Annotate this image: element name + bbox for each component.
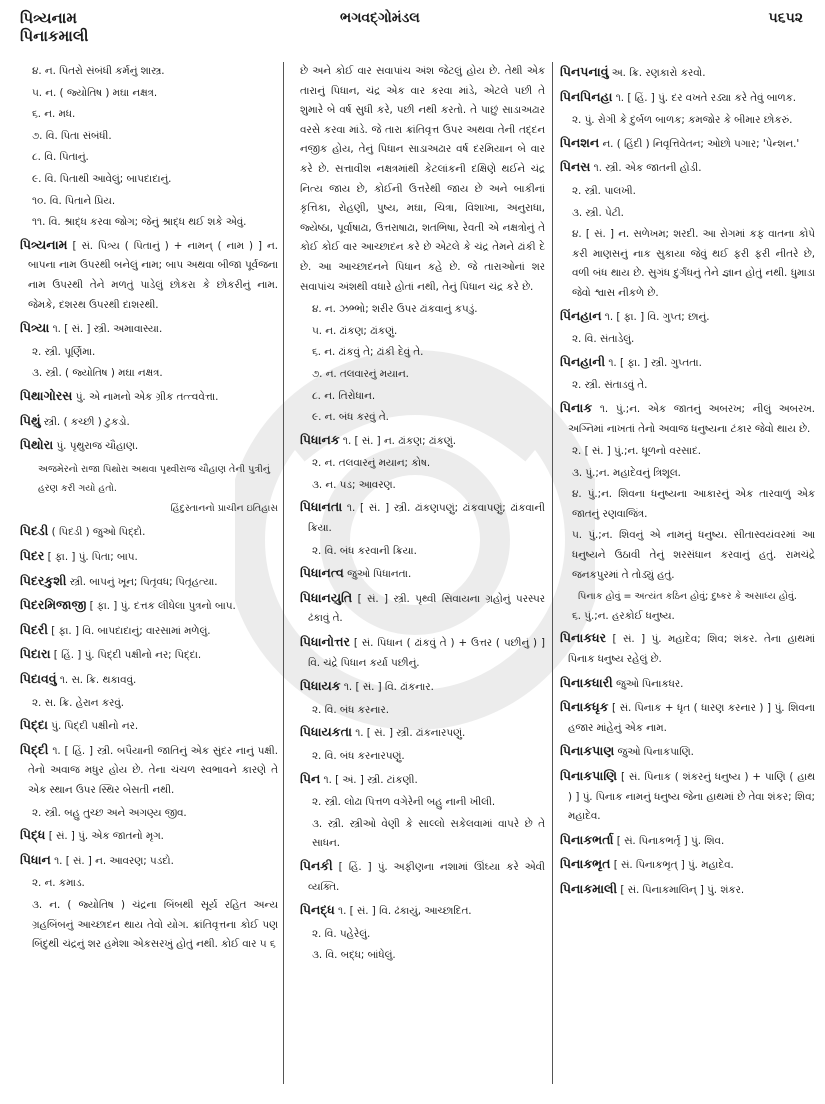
definition-text: પું. એ નામનો એક ગ્રીક તત્ત્વવેત્તા. [72, 391, 218, 403]
headword: પિદરી [20, 622, 48, 637]
sense-definition: ૩. વિ. બદ્ધ; બાંધેલું. [300, 946, 545, 966]
sense-definition: ૫. ન. ( જ્યોતિષ ) મઘા નક્ષત્ર. [20, 84, 278, 104]
sense-definition: ૯. વિ. પિતાથી આવેલું; બાપદાદાનું. [20, 170, 278, 190]
sense-definition: ૧૦. વિ. પિતાને પ્રિય. [20, 192, 278, 212]
sense-definition: ૩. સ્ત્રી. પેટી. [560, 204, 815, 224]
sense-definition: ૮. ન. તિરોધાન. [300, 387, 545, 407]
sense-definition: ૩. પું.;ન. મહાદેવનું ત્રિશૂલ. [560, 464, 815, 484]
dictionary-entry: પિથાગોરસ પું. એ નામનો એક ગ્રીક તત્ત્વવેત… [20, 386, 278, 408]
dictionary-entry: પિનાકમાલી [ સં. પિનાકમાલિન્ ] પું. શંકર. [560, 879, 815, 901]
dictionary-entry: પિનાકધૃક [ સં. પિનાક + ધૃત ( ધારણ કરનાર … [560, 697, 815, 738]
dictionary-entry: પિત્ર્યા ૧. [ સં. ] સ્ત્રી. અમાવાસ્યા. [20, 318, 278, 340]
sense-definition: ૪. ન. ઝભ્ભો; શરીર ઉપર ઢાંકવાનું કપડું. [300, 300, 545, 320]
dictionary-entry: પિંનહાન ૧. [ ફા. ] વિ. ગુપ્ત; છાનું. [560, 306, 815, 328]
headword: પિન [300, 771, 320, 786]
dictionary-entry: પિધાનક ૧. [ સં. ] ન. ઢાંકણ; ઢાંકણું. [300, 430, 545, 452]
definition-text: ૧. પું.;ન. એક જાતનું અબરખ; નીલું અબરખ. અ… [568, 403, 815, 435]
definition-text: [ સં. ] પું. એક જાતનો મૃગ. [45, 830, 164, 842]
headword: પિધાયકતા [300, 724, 352, 739]
sense-definition: ૭. વિ. પિતા સંબંધી. [20, 127, 278, 147]
sense-definition: ૬. ન. મધ. [20, 105, 278, 125]
dictionary-entry: પિદ્દી ૧. [ હિં. ] સ્ત્રી. બપૈયાની જાતિન… [20, 740, 278, 801]
sense-definition: ૨. [ સં. ] પું.;ન. ધૂળનો વરસાદ. [560, 442, 815, 462]
definition-text: જુઓ પિનાકપાણિ. [614, 746, 694, 758]
sense-definition: ૨. વિ. સંતાડેલું. [560, 330, 815, 350]
sense-definition: ૩. સ્ત્રી. ( જ્યોતિષ ) મઘા નક્ષત્ર. [20, 364, 278, 384]
sense-definition: ૨. સ્ત્રી. સંતાડવું તે. [560, 376, 815, 396]
column-2: છે અને કોઈ વાર સવાપાંચ અંશ જેટલું હોય છે… [300, 62, 545, 968]
definition-text: ૧. [ સં. ] વિ. ઢંકાયું, આચ્છાદિત. [335, 905, 472, 917]
sense-definition: ૧૧. વિ. શ્રાદ્ધ કરવા જોગ; જેનું શ્રાદ્ધ … [20, 213, 278, 233]
definition-text: [ સં. પિનાકભૃત્ ] પું. મહાદેવ. [610, 859, 733, 871]
headword: પિદ્દા [20, 717, 48, 732]
headword: પિનાકધર [560, 630, 606, 645]
headword: પિધાનક [300, 432, 340, 447]
sense-definition: ૨. સ્ત્રી. પૂર્ણિમા. [20, 343, 278, 363]
definition-text: ૧. સ્ત્રી. એક જાતની હોડી. [590, 162, 701, 174]
headword: પિધાનતા [300, 499, 342, 514]
dictionary-entry: પિત્ર્યનામ [ સં. પિત્ર્ય ( પિતાનું ) + ન… [20, 235, 278, 315]
headword: પિદડી [20, 523, 48, 538]
headword: પિનહાની [560, 354, 605, 369]
headword: પિથું [20, 413, 41, 428]
headword: પિદ્ધ [20, 827, 45, 842]
sense-definition: ૩. સ્ત્રી. સ્ત્રીઓ વેણી કે સાલ્લો સકેલવા… [300, 815, 545, 854]
sense-definition: ૨. સ્ત્રી. પાલખી. [560, 182, 815, 202]
dictionary-entry: પિધાનોત્તર [ સં. પિધાન ( ઢાંકવું તે ) + … [300, 632, 545, 673]
dictionary-entry: પિનાક ૧. પું.;ન. એક જાતનું અબરખ; નીલું અ… [560, 398, 815, 439]
headword: પિદર [20, 548, 44, 563]
sense-definition: ૫. ન. ઢાંકણ; ઢાંકણું. [300, 322, 545, 342]
dictionary-entry: પિનપિનહા ૧. [ હિં. ] પું. દર વખતે રડ્યા … [560, 87, 815, 109]
definition-text: [ હિં. ] પું. પિદ્દી પક્ષીનો નર; પિદ્દા. [51, 649, 202, 661]
definition-text: પું. પિદ્દી પક્ષીનો નર. [48, 720, 138, 732]
dictionary-entry: પિદ્દા પું. પિદ્દી પક્ષીનો નર. [20, 715, 278, 737]
usage-quote: પિનાક હોવું = અત્યંત કઠિન હોવું; દુષ્કર … [560, 587, 815, 607]
page-header: પિત્ર્યનામ પિનાકમાલી ભગવદ્ગોમંડલ ૫૬૫૨ [0, 0, 825, 60]
dictionary-entry: પિધાનતા ૧. [ સં. ] સ્ત્રી. ઢાંકણપણું; ઢા… [300, 497, 545, 538]
dictionary-entry: પિદરકુશી સ્ત્રી. બાપનું ખૂન; પિતૃવધ; પિત… [20, 571, 278, 593]
headword: પિત્ર્યા [20, 320, 49, 335]
column-divider [552, 62, 553, 1084]
dictionary-entry: પિદરી [ ફા. ] વિ. બાપદાદાનું; વારસામાં મ… [20, 620, 278, 642]
headword: પિદરકુશી [20, 573, 66, 588]
definition-text: [ સં. ] પું. મહાદેવ; શિવ; શંકર. તેના હાથ… [568, 633, 815, 665]
sense-definition: ૪. [ સં. ] ન. સળેખમ; શરદી. આ રોગમાં કફ વ… [560, 225, 815, 303]
dictionary-entry: પિન ૧. [ અં. ] સ્ત્રી. ટાંકણી. [300, 769, 545, 791]
dictionary-entry: પિનશન ન. ( હિંદી ) નિવૃત્તિવેતન; ઓછો પગા… [560, 133, 815, 155]
sense-definition: ૨. વિ. બંધ કરનાર. [300, 701, 545, 721]
sense-definition: ૨. સ. ક્રિ. હેરાન કરવું. [20, 694, 278, 714]
headword: પિનાકપાણ [560, 743, 614, 758]
sense-definition: ૨. સ્ત્રી. બહુ તુચ્છ અને અગણ્ય જીવ. [20, 804, 278, 824]
headword: પિથાગોરસ [20, 388, 72, 403]
column-divider [283, 62, 284, 1084]
headword: પિનદ્ધ [300, 902, 335, 917]
quote-source: હિંદુસ્તાનનો પ્રાચીન ઇતિહાસ [20, 499, 278, 519]
sense-definition: ૮. વિ. પિતાનું. [20, 148, 278, 168]
dictionary-entry: પિદ્ધ [ સં. ] પું. એક જાતનો મૃગ. [20, 825, 278, 847]
definition-text: ૧. [ ફા. ] વિ. ગુપ્ત; છાનું. [602, 311, 710, 323]
headword: પિનાક [560, 400, 592, 415]
sense-definition: ૩. ન. પડ; આવરણ. [300, 476, 545, 496]
sense-definition: ૬. ન. ઢાંકવું તે; ઢાંકી દેવું તે. [300, 343, 545, 363]
headword: પિધાનત્વ [300, 565, 344, 580]
sense-definition: ૩. ન. ( જ્યોતિષ ) ચંદ્રના બિંબથી સૂર્ય ર… [20, 896, 278, 955]
headword: પિદાવવું [20, 671, 57, 686]
definition-text: ૧. [ સં. ] સ્ત્રી. અમાવાસ્યા. [49, 323, 162, 335]
headword: પિનકી [300, 858, 333, 873]
headword: પિનાકધૃક [560, 699, 608, 714]
dictionary-entry: પિથું સ્ત્રી. ( કચ્છી ) ટુકડો. [20, 411, 278, 433]
definition-text: [ ફા. ] પું. પિતા; બાપ. [44, 551, 137, 563]
dictionary-entry: પિનસ ૧. સ્ત્રી. એક જાતની હોડી. [560, 157, 815, 179]
definition-text: ૧. [ સં. ] ન. આવરણ; પડદો. [51, 855, 174, 867]
headword: પિનસ [560, 159, 590, 174]
definition-text: અ. ક્રિ. રણકારો કરવો. [609, 67, 706, 79]
headword: પિનાકપાણિ [560, 768, 617, 783]
dictionary-entry: પિનપનાવું અ. ક્રિ. રણકારો કરવો. [560, 62, 815, 84]
dictionary-entry: પિધાનયુતિ [ સં. ] સ્ત્રી. પૃથ્વી સિવાયના… [300, 588, 545, 629]
sense-definition: ૯. ન. બંધ કરવું તે. [300, 408, 545, 428]
sense-definition: ૭. ન. તલવારનું મયાન. [300, 365, 545, 385]
column-3: પિનપનાવું અ. ક્રિ. રણકારો કરવો.પિનપિનહા … [560, 62, 815, 904]
dictionary-entry: પિનાકભૃત [ સં. પિનાકભૃત્ ] પું. મહાદેવ. [560, 854, 815, 876]
headword: પિનાકભર્તા [560, 832, 614, 847]
definition-text: સ્ત્રી. ( કચ્છી ) ટુકડો. [41, 416, 130, 428]
dictionary-entry: પિદડી ( પિદડી ) જુઓ પિદ્દો. [20, 521, 278, 543]
guide-word-first: પિત્ર્યનામ [20, 10, 77, 27]
sense-definition: ૨. વિ. બંધ કરનારપણું. [300, 747, 545, 767]
sense-definition: ૨. પું. રોગી કે દુર્બળ બાળક; કમજોર કે બી… [560, 111, 815, 131]
definition-text: ૧. [ સં. ] સ્ત્રી. ઢાંકનારપણું. [352, 727, 465, 739]
definition-text: સ્ત્રી. બાપનું ખૂન; પિતૃવધ; પિતૃહત્યા. [66, 576, 217, 588]
definition-text: ૧. [ સં. ] ન. ઢાંકણ; ઢાંકણું. [340, 435, 456, 447]
headword: પિદરમિજાજી [20, 597, 86, 612]
headword: પિધાનોત્તર [300, 634, 350, 649]
headword: પિનાકમાલી [560, 881, 617, 896]
dictionary-entry: પિનાકભર્તા [ સં. પિનાકભર્તૃ ] પું. શિવ. [560, 830, 815, 852]
definition-text: ૧. [ સં. ] સ્ત્રી. ઢાંકણપણું; ઢાંકવાપણું… [308, 502, 545, 534]
sense-definition: ૨. વિ. બંધ કરવાની ક્રિયા. [300, 542, 545, 562]
sense-definition: ૨. વિ. પહેરેલું. [300, 925, 545, 945]
headword: પિદ્દી [20, 742, 49, 757]
column-1: ૪. ન. પિતરો સંબંધી કર્મનું શાસ્ત્ર.૫. ન.… [20, 62, 278, 957]
headword: પિધાયક [300, 678, 341, 693]
definition-text: [ ફા. ] વિ. બાપદાદાનું; વારસામાં મળેલું. [48, 625, 211, 637]
definition-text: ૧. [ અં. ] સ્ત્રી. ટાંકણી. [320, 774, 417, 786]
headword: પિધાન [20, 852, 51, 867]
dictionary-entry: પિધાનત્વ જુઓ પિધાનતા. [300, 563, 545, 585]
definition-text: ૧. [ ફા. ] સ્ત્રી. ગુપ્તતા. [605, 357, 702, 369]
definition-text: ન. ( હિંદી ) નિવૃત્તિવેતન; ઓછો પગાર; 'પે… [599, 138, 799, 150]
guide-word-last: પિનાકમાલી [20, 28, 88, 45]
sense-definition: ૬. પું.;ન. હરકોઈ ધનુષ્ય. [560, 607, 815, 627]
definition-text: ૧. સ. ક્રિ. થકાવવું. [57, 674, 137, 686]
dictionary-entry: પિદરમિજાજી [ ફા. ] પું. દત્તક લીધેલા પુત… [20, 595, 278, 617]
page-number: ૫૬૫૨ [769, 10, 803, 26]
definition-text: જુઓ પિધાનતા. [344, 568, 411, 580]
dictionary-entry: પિનદ્ધ ૧. [ સં. ] વિ. ઢંકાયું, આચ્છાદિત. [300, 900, 545, 922]
dictionary-entry: પિદારા [ હિં. ] પું. પિદ્દી પક્ષીનો નર; … [20, 644, 278, 666]
dictionary-entry: પિધાયક ૧. [ સં. ] વિ. ઢાંકનાર. [300, 676, 545, 698]
headword: પિનપનાવું [560, 64, 609, 79]
headword: પિનપિનહા [560, 89, 612, 104]
dictionary-entry: પિનકી [ હિં. ] પું. અફીણના નશામાં ઊંઘ્યા… [300, 856, 545, 897]
dictionary-entry: પિનાકધારી જુઓ પિનાકધર. [560, 673, 815, 695]
running-title: ભગવદ્ગોમંડલ [340, 10, 420, 26]
headword: પિધાનયુતિ [300, 590, 352, 605]
dictionary-entry: પિનાકધર [ સં. ] પું. મહાદેવ; શિવ; શંકર. … [560, 628, 815, 669]
definition-text: જુઓ પિનાકધર. [613, 678, 684, 690]
definition-text: [ ફા. ] પું. દત્તક લીધેલા પુત્રનો બાપ. [86, 600, 235, 612]
headword: પિનાકભૃત [560, 856, 610, 871]
dictionary-entry: પિનહાની ૧. [ ફા. ] સ્ત્રી. ગુપ્તતા. [560, 352, 815, 374]
definition-text: [ સં. પિનાકમાલિન્ ] પું. શંકર. [617, 884, 744, 896]
definition-text: પું. પૃથુરાજ ચૌહાણ. [53, 440, 138, 452]
definition-text: [ સં. પિનાકભર્તૃ ] પું. શિવ. [614, 835, 725, 847]
dictionary-entry: પિનાકપાણિ [ સં. પિનાક ( શંકરનું ધનુષ્ય )… [560, 766, 815, 827]
usage-quote: અજમેરનો રાજા પિથોરા અથવા પૃથ્વીરાજ ચૌહાણ… [20, 460, 278, 499]
sense-definition: ૨. ન. કમાડ. [20, 874, 278, 894]
sense-definition: ૪. ન. પિતરો સંબંધી કર્મનું શાસ્ત્ર. [20, 62, 278, 82]
headword: પિત્ર્યનામ [20, 237, 67, 252]
sense-definition: ૨. ન. તલવારનું મયાન; કોષ. [300, 454, 545, 474]
headword: પિદારા [20, 646, 51, 661]
dictionary-entry: પિદર [ ફા. ] પું. પિતા; બાપ. [20, 546, 278, 568]
headword: પિથોરા [20, 437, 53, 452]
definition-text: ૧. [ હિં. ] પું. દર વખતે રડ્યા કરે તેવું… [612, 92, 796, 104]
sense-definition: ૫. પું.;ન. શિવનું એ નામનું ધનુષ્ય. સીતાસ… [560, 526, 815, 585]
headword: પિંનહાન [560, 308, 602, 323]
dictionary-entry: પિથોરા પું. પૃથુરાજ ચૌહાણ. [20, 435, 278, 457]
headword: પિનશન [560, 135, 599, 150]
dictionary-entry: પિદાવવું ૧. સ. ક્રિ. થકાવવું. [20, 669, 278, 691]
definition-text: [ હિં. ] પું. અફીણના નશામાં ઊંઘ્યા કરે એ… [308, 861, 545, 893]
continued-text: છે અને કોઈ વાર સવાપાંચ અંશ જેટલું હોય છે… [300, 62, 545, 297]
sense-definition: ૨. સ્ત્રી. લોઢા પિત્તળ વગેરેની બહુ નાની … [300, 793, 545, 813]
headword: પિનાકધારી [560, 675, 613, 690]
dictionary-entry: પિધાન ૧. [ સં. ] ન. આવરણ; પડદો. [20, 850, 278, 872]
definition-text: ( પિદડી ) જુઓ પિદ્દો. [48, 526, 145, 538]
dictionary-entry: પિનાકપાણ જુઓ પિનાકપાણિ. [560, 741, 815, 763]
dictionary-entry: પિધાયકતા ૧. [ સં. ] સ્ત્રી. ઢાંકનારપણું. [300, 722, 545, 744]
definition-text: ૧. [ હિં. ] સ્ત્રી. બપૈયાની જાતિનું એક સ… [28, 745, 278, 796]
sense-definition: ૪. પું.;ન. શિવના ધનુષ્યના આકારનું એક તાર… [560, 485, 815, 524]
definition-text: ૧. [ સં. ] વિ. ઢાંકનાર. [341, 681, 434, 693]
